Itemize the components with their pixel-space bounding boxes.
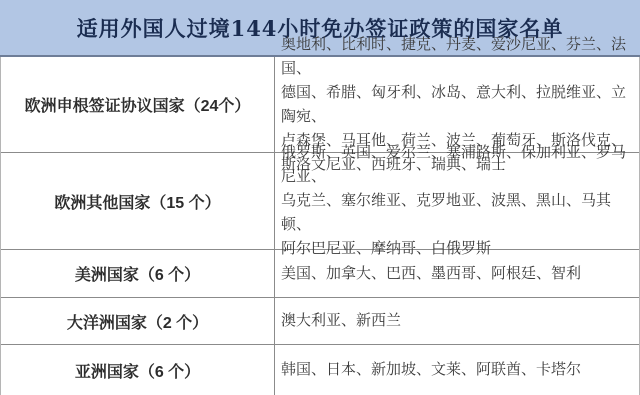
table-row-europe-other: 欧洲其他国家（15 个） 俄罗斯、英国、爱尔兰、塞浦路斯、保加利亚、罗马尼亚、 … [1, 153, 639, 250]
countries-cell: 俄罗斯、英国、爱尔兰、塞浦路斯、保加利亚、罗马尼亚、 乌克兰、塞尔维亚、克罗地亚… [274, 153, 639, 249]
category-cell: 大洋洲国家（2 个） [1, 298, 274, 344]
category-cell: 美洲国家（6 个） [1, 250, 274, 297]
category-cell: 欧洲其他国家（15 个） [1, 153, 274, 249]
countries-cell: 美国、加拿大、巴西、墨西哥、阿根廷、智利 [274, 250, 639, 297]
category-cell: 欧洲申根签证协议国家（24个） [1, 57, 274, 152]
countries-cell: 澳大利亚、新西兰 [274, 298, 639, 344]
countries-cell: 韩国、日本、新加坡、文莱、阿联酋、卡塔尔 [274, 345, 639, 395]
table-row-asia: 亚洲国家（6 个） 韩国、日本、新加坡、文莱、阿联酋、卡塔尔 [1, 345, 639, 395]
table-row-schengen: 欧洲申根签证协议国家（24个） 奥地利、比利时、捷克、丹麦、爱沙尼亚、芬兰、法国… [1, 57, 639, 153]
country-table: 欧洲申根签证协议国家（24个） 奥地利、比利时、捷克、丹麦、爱沙尼亚、芬兰、法国… [0, 57, 640, 395]
table-row-americas: 美洲国家（6 个） 美国、加拿大、巴西、墨西哥、阿根廷、智利 [1, 250, 639, 298]
category-cell: 亚洲国家（6 个） [1, 345, 274, 395]
countries-cell: 奥地利、比利时、捷克、丹麦、爱沙尼亚、芬兰、法国、 德国、希腊、匈牙利、冰岛、意… [274, 57, 639, 152]
table-row-oceania: 大洋洲国家（2 个） 澳大利亚、新西兰 [1, 298, 639, 345]
visa-policy-table-page: 适用外国人过境144小时免办签证政策的国家名单 欧洲申根签证协议国家（24个） … [0, 0, 640, 395]
